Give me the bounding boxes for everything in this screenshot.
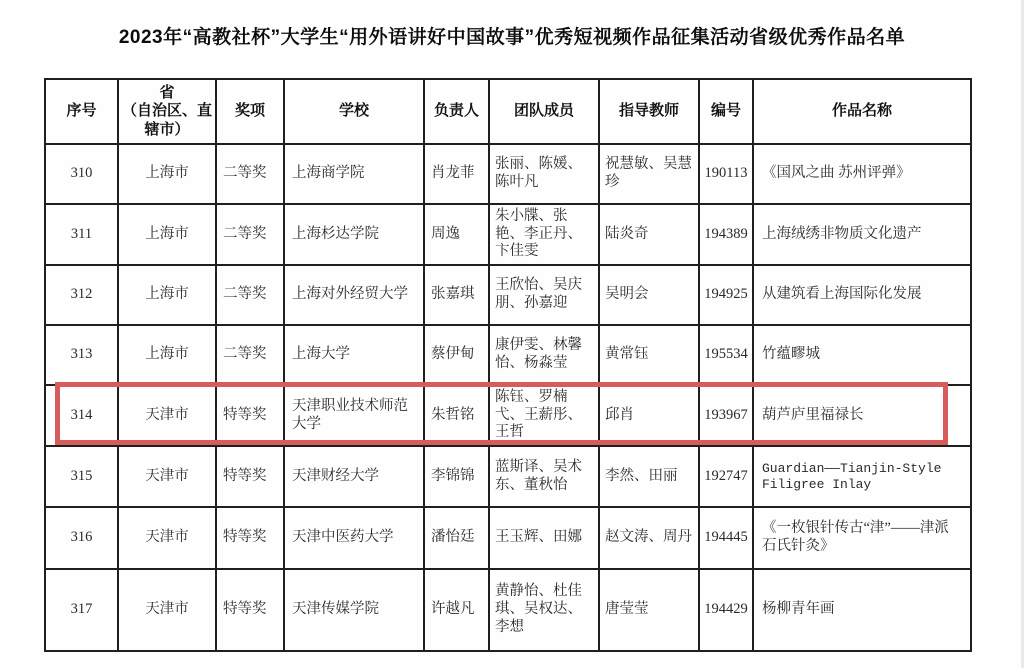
col-header-province: 省 （自治区、直辖市） bbox=[118, 79, 216, 144]
cell-school: 上海杉达学院 bbox=[284, 204, 424, 265]
cell-code: 190113 bbox=[699, 144, 753, 204]
cell-code: 192747 bbox=[699, 446, 753, 507]
cell-members: 张丽、陈媛、陈叶凡 bbox=[489, 144, 599, 204]
col-header-advisors: 指导教师 bbox=[599, 79, 699, 144]
table-row: 314 天津市 特等奖 天津职业技术师范大学 朱哲铭 陈钰、罗楠弋、王薪彤、王哲… bbox=[45, 385, 971, 446]
cell-award: 特等奖 bbox=[216, 569, 284, 651]
cell-no: 311 bbox=[45, 204, 118, 265]
cell-school: 上海对外经贸大学 bbox=[284, 265, 424, 325]
cell-no: 315 bbox=[45, 446, 118, 507]
cell-leader: 周逸 bbox=[424, 204, 489, 265]
cell-school: 天津职业技术师范大学 bbox=[284, 385, 424, 446]
col-header-leader: 负责人 bbox=[424, 79, 489, 144]
cell-province: 上海市 bbox=[118, 204, 216, 265]
col-header-code: 编号 bbox=[699, 79, 753, 144]
cell-advisors: 陆炎奇 bbox=[599, 204, 699, 265]
cell-work: 杨柳青年画 bbox=[753, 569, 971, 651]
cell-no: 310 bbox=[45, 144, 118, 204]
cell-code: 194429 bbox=[699, 569, 753, 651]
cell-leader: 蔡伊甸 bbox=[424, 325, 489, 385]
col-header-no: 序号 bbox=[45, 79, 118, 144]
col-header-award: 奖项 bbox=[216, 79, 284, 144]
cell-leader: 许越凡 bbox=[424, 569, 489, 651]
cell-school: 上海大学 bbox=[284, 325, 424, 385]
cell-no: 313 bbox=[45, 325, 118, 385]
cell-school: 天津财经大学 bbox=[284, 446, 424, 507]
cell-leader: 张嘉琪 bbox=[424, 265, 489, 325]
cell-award: 二等奖 bbox=[216, 204, 284, 265]
cell-province: 天津市 bbox=[118, 569, 216, 651]
cell-work: 《一枚银针传古“津”——津派石氏针灸》 bbox=[753, 507, 971, 569]
cell-members: 黄静怡、杜佳琪、吴权达、李想 bbox=[489, 569, 599, 651]
cell-work: 上海绒绣非物质文化遗产 bbox=[753, 204, 971, 265]
cell-leader: 肖龙菲 bbox=[424, 144, 489, 204]
cell-province: 天津市 bbox=[118, 385, 216, 446]
cell-members: 蓝斯译、吴术东、董秋怡 bbox=[489, 446, 599, 507]
cell-members: 王玉辉、田娜 bbox=[489, 507, 599, 569]
cell-award: 二等奖 bbox=[216, 265, 284, 325]
cell-no: 317 bbox=[45, 569, 118, 651]
cell-no: 316 bbox=[45, 507, 118, 569]
table-row: 317 天津市 特等奖 天津传媒学院 许越凡 黄静怡、杜佳琪、吴权达、李想 唐莹… bbox=[45, 569, 971, 651]
cell-code: 194925 bbox=[699, 265, 753, 325]
cell-code: 194389 bbox=[699, 204, 753, 265]
cell-leader: 李锦锦 bbox=[424, 446, 489, 507]
cell-members: 王欣怡、吴庆朋、孙嘉迎 bbox=[489, 265, 599, 325]
cell-advisors: 邱肖 bbox=[599, 385, 699, 446]
cell-advisors: 黄常钰 bbox=[599, 325, 699, 385]
cell-province: 天津市 bbox=[118, 446, 216, 507]
cell-province: 上海市 bbox=[118, 325, 216, 385]
awards-table: 序号 省 （自治区、直辖市） 奖项 学校 负责人 团队成员 指导教师 编号 作品… bbox=[44, 78, 972, 652]
table-row: 310 上海市 二等奖 上海商学院 肖龙菲 张丽、陈媛、陈叶凡 祝慧敏、吴慧珍 … bbox=[45, 144, 971, 204]
cell-province: 上海市 bbox=[118, 265, 216, 325]
table-row: 315 天津市 特等奖 天津财经大学 李锦锦 蓝斯译、吴术东、董秋怡 李然、田丽… bbox=[45, 446, 971, 507]
cell-award: 特等奖 bbox=[216, 507, 284, 569]
cell-award: 二等奖 bbox=[216, 325, 284, 385]
cell-school: 上海商学院 bbox=[284, 144, 424, 204]
cell-leader: 潘怡廷 bbox=[424, 507, 489, 569]
cell-school: 天津传媒学院 bbox=[284, 569, 424, 651]
cell-work: 《国风之曲 苏州评弹》 bbox=[753, 144, 971, 204]
cell-advisors: 吴明会 bbox=[599, 265, 699, 325]
cell-work: Guardian——Tianjin-Style Filigree Inlay bbox=[753, 446, 971, 507]
cell-members: 康伊雯、林馨怡、杨淼莹 bbox=[489, 325, 599, 385]
col-header-work: 作品名称 bbox=[753, 79, 971, 144]
cell-code: 194445 bbox=[699, 507, 753, 569]
cell-award: 二等奖 bbox=[216, 144, 284, 204]
cell-advisors: 李然、田丽 bbox=[599, 446, 699, 507]
header-row: 序号 省 （自治区、直辖市） 奖项 学校 负责人 团队成员 指导教师 编号 作品… bbox=[45, 79, 971, 144]
document-page: 2023年“高教社杯”大学生“用外语讲好中国故事”优秀短视频作品征集活动省级优秀… bbox=[0, 0, 1024, 668]
cell-province: 上海市 bbox=[118, 144, 216, 204]
cell-province: 天津市 bbox=[118, 507, 216, 569]
cell-award: 特等奖 bbox=[216, 446, 284, 507]
cell-advisors: 赵文涛、周丹 bbox=[599, 507, 699, 569]
cell-no: 314 bbox=[45, 385, 118, 446]
cell-leader: 朱哲铭 bbox=[424, 385, 489, 446]
cell-members: 陈钰、罗楠弋、王薪彤、王哲 bbox=[489, 385, 599, 446]
col-header-school: 学校 bbox=[284, 79, 424, 144]
table-row: 311 上海市 二等奖 上海杉达学院 周逸 朱小牒、张艳、李正丹、卞佳雯 陆炎奇… bbox=[45, 204, 971, 265]
cell-members: 朱小牒、张艳、李正丹、卞佳雯 bbox=[489, 204, 599, 265]
col-header-members: 团队成员 bbox=[489, 79, 599, 144]
table-row: 313 上海市 二等奖 上海大学 蔡伊甸 康伊雯、林馨怡、杨淼莹 黄常钰 195… bbox=[45, 325, 971, 385]
cell-award: 特等奖 bbox=[216, 385, 284, 446]
cell-work: 葫芦庐里福禄长 bbox=[753, 385, 971, 446]
page-title: 2023年“高教社杯”大学生“用外语讲好中国故事”优秀短视频作品征集活动省级优秀… bbox=[0, 22, 1024, 49]
cell-advisors: 祝慧敏、吴慧珍 bbox=[599, 144, 699, 204]
cell-advisors: 唐莹莹 bbox=[599, 569, 699, 651]
cell-school: 天津中医药大学 bbox=[284, 507, 424, 569]
cell-code: 193967 bbox=[699, 385, 753, 446]
cell-work: 竹蕴疁城 bbox=[753, 325, 971, 385]
cell-no: 312 bbox=[45, 265, 118, 325]
table-row: 316 天津市 特等奖 天津中医药大学 潘怡廷 王玉辉、田娜 赵文涛、周丹 19… bbox=[45, 507, 971, 569]
cell-work: 从建筑看上海国际化发展 bbox=[753, 265, 971, 325]
cell-code: 195534 bbox=[699, 325, 753, 385]
table-row: 312 上海市 二等奖 上海对外经贸大学 张嘉琪 王欣怡、吴庆朋、孙嘉迎 吴明会… bbox=[45, 265, 971, 325]
